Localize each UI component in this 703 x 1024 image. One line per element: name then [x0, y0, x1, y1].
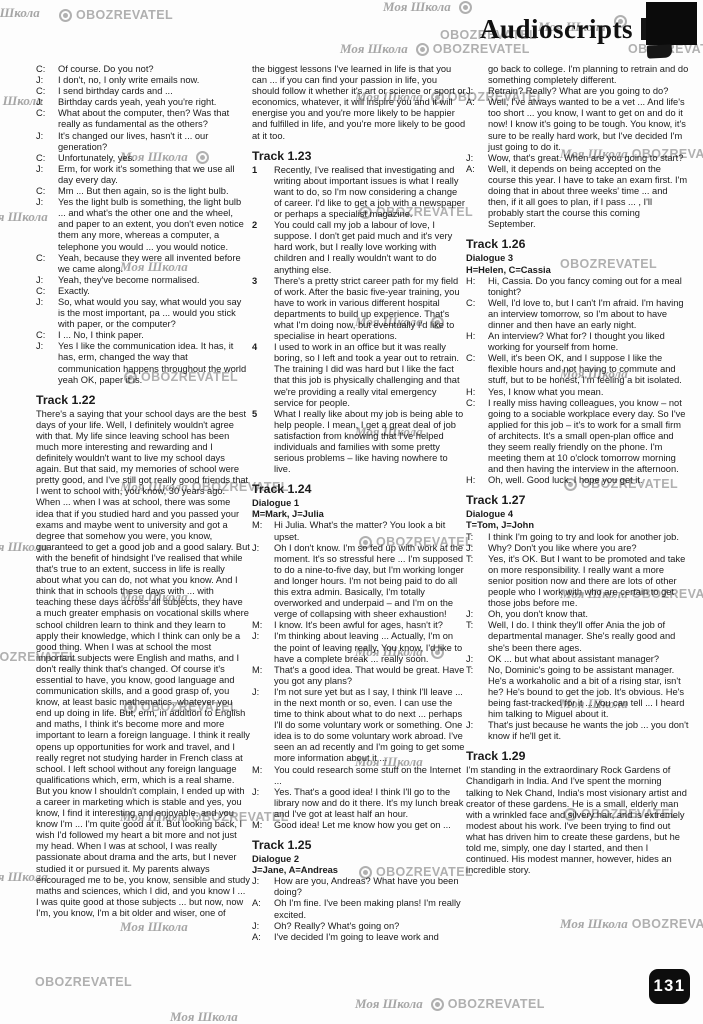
- page-content: Audioscripts C:Of course. Do you not?J:I…: [0, 0, 703, 1024]
- dialogue-line: H:Hi, Cassia. Do you fancy coming out fo…: [466, 276, 690, 298]
- dialogue-text: Oh, well. Good luck. I hope you get it.: [488, 475, 690, 486]
- speaker-label: J:: [252, 631, 274, 664]
- speaker-label: C:: [466, 298, 488, 331]
- dialogue-text: Of course. Do you not?: [58, 64, 250, 75]
- dialogue-text: I don't, no, I only write emails now.: [58, 75, 250, 86]
- dialogue-line: T:I think I'm going to try and look for …: [466, 532, 690, 543]
- dialogue-text: Hi Julia. What's the matter? You look a …: [274, 520, 466, 542]
- dialogue-line: J:I don't, no, I only write emails now.: [36, 75, 250, 86]
- dialogue-text: Retrain? Really? What are you going to d…: [488, 86, 690, 97]
- dialogue-line: T:No, Dominic's going to be assistant ma…: [466, 665, 690, 720]
- speaker-label: C:: [36, 153, 58, 164]
- dialogue-text: Yes the light bulb is something, the lig…: [58, 197, 250, 252]
- dialogue-line: A:Well, it depends on being accepted on …: [466, 164, 690, 231]
- item-text: You could call my job a labour of love, …: [274, 220, 466, 275]
- dialogue-text: Well, I do. I think they'll offer Ania t…: [488, 620, 690, 653]
- scanned-page: Моя ШколаOBOZREVATELМоя ШколаOBOZREVATEL…: [0, 0, 703, 1024]
- sub-heading: J=Jane, A=Andreas: [252, 865, 466, 876]
- sub-heading: Dialogue 3: [466, 253, 690, 264]
- dialogue-line: C:I ... No, I think paper.: [36, 330, 250, 341]
- speaker-label: M:: [252, 620, 274, 631]
- track-heading: Track 1.25: [252, 838, 466, 852]
- speaker-label: J:: [252, 543, 274, 621]
- speaker-label: C:: [36, 108, 58, 130]
- sub-heading: Dialogue 4: [466, 509, 690, 520]
- column-1: C:Of course. Do you not?J:I don't, no, I…: [36, 64, 250, 919]
- column-2: the biggest lessons I've learned in life…: [252, 64, 466, 943]
- dialogue-text: You could research some stuff on the Int…: [274, 765, 466, 787]
- list-item: 3There's a pretty strict career path for…: [252, 276, 466, 343]
- dialogue-line: C:Exactly.: [36, 286, 250, 297]
- dialogue-line: J:I'm not sure yet but as I say, I think…: [252, 687, 466, 765]
- speaker-label: M:: [252, 820, 274, 831]
- dialogue-text: I ... No, I think paper.: [58, 330, 250, 341]
- dialogue-line: J:That's just because he wants the job .…: [466, 720, 690, 742]
- dialogue-text: OK ... but what about assistant manager?: [488, 654, 690, 665]
- speaker-label: J:: [466, 543, 488, 554]
- speaker-label: C:: [36, 330, 58, 341]
- dialogue-line: M:I know. It's been awful for ages, hasn…: [252, 620, 466, 631]
- dialogue-text: So, what would you say, what would you s…: [58, 297, 250, 330]
- item-number: 3: [252, 276, 274, 343]
- speaker-label: H:: [466, 276, 488, 298]
- dialogue-line: H:Oh, well. Good luck. I hope you get it…: [466, 475, 690, 486]
- dialogue-text: I think I'm going to try and look for an…: [488, 532, 690, 543]
- list-item: 5What I really like about my job is bein…: [252, 409, 466, 476]
- speaker-label: J:: [36, 275, 58, 286]
- dialogue-text: Yes. That's a good idea! I think I'll go…: [274, 787, 466, 820]
- speaker-label: C:: [36, 286, 58, 297]
- speaker-label: C:: [36, 186, 58, 197]
- dialogue-line: J:Yeah, they've become normalised.: [36, 275, 250, 286]
- item-text: I used to work in an office but it was r…: [274, 342, 466, 409]
- speaker-label: J:: [36, 131, 58, 153]
- dialogue-line: M:Good idea! Let me know how you get on …: [252, 820, 466, 831]
- dialogue-text: Oh I'm fine. I've been making plans! I'm…: [274, 898, 466, 920]
- dialogue-text: What about the computer, then? Was that …: [58, 108, 250, 130]
- dialogue-text: Unfortunately, yes.: [58, 153, 250, 164]
- dialogue-text: That's just because he wants the job ...…: [488, 720, 690, 742]
- dialogue-text: Oh, you don't know that.: [488, 609, 690, 620]
- dialogue-text: I send birthday cards and ...: [58, 86, 250, 97]
- dialogue-text: Yeah, they've become normalised.: [58, 275, 250, 286]
- dialogue-text: How are you, Andreas? What have you been…: [274, 876, 466, 898]
- track-heading: Track 1.24: [252, 482, 466, 496]
- speaker-label: J:: [36, 341, 58, 385]
- speaker-label: J:: [36, 197, 58, 252]
- dialogue-line: C:What about the computer, then? Was tha…: [36, 108, 250, 130]
- corner-ink-mark: [646, 2, 697, 45]
- speaker-label: C:: [36, 86, 58, 97]
- dialogue-line: A:Oh I'm fine. I've been making plans! I…: [252, 898, 466, 920]
- speaker-label: C:: [466, 353, 488, 386]
- dialogue-line: J:OK ... but what about assistant manage…: [466, 654, 690, 665]
- track-heading: Track 1.26: [466, 237, 690, 251]
- dialogue-text: Yeah, because they were all invented bef…: [58, 253, 250, 275]
- dialogue-text: Well, I'd love to, but I can't I'm afrai…: [488, 298, 690, 331]
- dialogue-line: M:You could research some stuff on the I…: [252, 765, 466, 787]
- dialogue-line: H:Yes, I know what you mean.: [466, 387, 690, 398]
- dialogue-text: Well, it depends on being accepted on th…: [488, 164, 690, 231]
- dialogue-line: J:Oh? Really? What's going on?: [252, 921, 466, 932]
- dialogue-line: J:How are you, Andreas? What have you be…: [252, 876, 466, 898]
- dialogue-line: C:I send birthday cards and ...: [36, 86, 250, 97]
- track-heading: Track 1.22: [36, 393, 250, 407]
- speaker-label: M:: [252, 520, 274, 542]
- dialogue-text: Erm, for work it's something that we use…: [58, 164, 250, 186]
- item-number: 2: [252, 220, 274, 275]
- dialogue-line: J:Oh, you don't know that.: [466, 609, 690, 620]
- dialogue-line: A:Well, I've always wanted to be a vet .…: [466, 97, 690, 152]
- dialogue-text: That's a good idea. That would be great.…: [274, 665, 466, 687]
- item-number: 5: [252, 409, 274, 476]
- speaker-label: H:: [466, 331, 488, 353]
- item-text: There's a pretty strict career path for …: [274, 276, 466, 343]
- sub-heading: H=Helen, C=Cassia: [466, 265, 690, 276]
- dialogue-line: J:Birthday cards yeah, yeah you're right…: [36, 97, 250, 108]
- dialogue-line: M:That's a good idea. That would be grea…: [252, 665, 466, 687]
- speaker-label: T:: [466, 554, 488, 609]
- dialogue-line: M:Hi Julia. What's the matter? You look …: [252, 520, 466, 542]
- dialogue-text: Wow, that's great. When are you going to…: [488, 153, 690, 164]
- sub-heading: T=Tom, J=John: [466, 520, 690, 531]
- list-item: 1Recently, I've realised that investigat…: [252, 165, 466, 220]
- dialogue-text: I've decided I'm going to leave work and: [274, 932, 466, 943]
- item-number: 4: [252, 342, 274, 409]
- speaker-label: C:: [36, 64, 58, 75]
- speaker-label: J:: [466, 153, 488, 164]
- dialogue-line: H:An interview? What for? I thought you …: [466, 331, 690, 353]
- dialogue-text: No, Dominic's going to be assistant mana…: [488, 665, 690, 720]
- dialogue-text: I'm thinking about leaving ... Actually,…: [274, 631, 466, 664]
- track-heading: Track 1.27: [466, 493, 690, 507]
- speaker-label: C:: [36, 253, 58, 275]
- list-item: 2You could call my job a labour of love,…: [252, 220, 466, 275]
- dialogue-line: J:So, what would you say, what would you…: [36, 297, 250, 330]
- dialogue-text: Yes, it's OK. But I want to be promoted …: [488, 554, 690, 609]
- dialogue-text: Good idea! Let me know how you get on ..…: [274, 820, 466, 831]
- speaker-label: J:: [36, 75, 58, 86]
- item-number: 1: [252, 165, 274, 220]
- dialogue-text: go back to college. I'm planning to retr…: [488, 64, 690, 86]
- speaker-label: C:: [466, 398, 488, 476]
- dialogue-line: C:I really miss having colleagues, you k…: [466, 398, 690, 476]
- speaker-label: A:: [466, 97, 488, 152]
- speaker-label: J:: [36, 164, 58, 186]
- speaker-label: J:: [252, 787, 274, 820]
- speaker-label: A:: [252, 898, 274, 920]
- speaker-label: J:: [252, 921, 274, 932]
- dialogue-line: J:Yes the light bulb is something, the l…: [36, 197, 250, 252]
- sub-heading: Dialogue 1: [252, 498, 466, 509]
- dialogue-line: J:It's changed our lives, hasn't it ... …: [36, 131, 250, 153]
- dialogue-line: J:I'm thinking about leaving ... Actuall…: [252, 631, 466, 664]
- dialogue-line: go back to college. I'm planning to retr…: [466, 64, 690, 86]
- speaker-label: A:: [466, 164, 488, 231]
- dialogue-line: C:Yeah, because they were all invented b…: [36, 253, 250, 275]
- dialogue-line: J:Oh I don't know. I'm so fed up with wo…: [252, 543, 466, 621]
- dialogue-line: C:Unfortunately, yes.: [36, 153, 250, 164]
- dialogue-line: J:Yes. That's a good idea! I think I'll …: [252, 787, 466, 820]
- speaker-label: M:: [252, 765, 274, 787]
- dialogue-text: Exactly.: [58, 286, 250, 297]
- item-text: Recently, I've realised that investigati…: [274, 165, 466, 220]
- dialogue-line: J:Retrain? Really? What are you going to…: [466, 86, 690, 97]
- dialogue-text: An interview? What for? I thought you li…: [488, 331, 690, 353]
- dialogue-line: C:Well, it's been OK, and I suppose I li…: [466, 353, 690, 386]
- speaker-label: T:: [466, 665, 488, 720]
- dialogue-line: J:Yes I like the communication idea. It …: [36, 341, 250, 385]
- dialogue-text: Why? Don't you like where you are?: [488, 543, 690, 554]
- speaker-label: J:: [36, 97, 58, 108]
- track-heading: Track 1.29: [466, 749, 690, 763]
- page-title: Audioscripts: [480, 14, 633, 45]
- paragraph: the biggest lessons I've learned in life…: [252, 64, 466, 142]
- dialogue-text: Yes, I know what you mean.: [488, 387, 690, 398]
- dialogue-line: C:Well, I'd love to, but I can't I'm afr…: [466, 298, 690, 331]
- dialogue-text: I know. It's been awful for ages, hasn't…: [274, 620, 466, 631]
- column-3: go back to college. I'm planning to retr…: [466, 64, 690, 876]
- dialogue-text: Yes I like the communication idea. It ha…: [58, 341, 250, 385]
- sub-heading: M=Mark, J=Julia: [252, 509, 466, 520]
- sub-heading: Dialogue 2: [252, 854, 466, 865]
- speaker-label: H:: [466, 387, 488, 398]
- speaker-label: H:: [466, 475, 488, 486]
- speaker-label: J:: [466, 609, 488, 620]
- dialogue-line: A:I've decided I'm going to leave work a…: [252, 932, 466, 943]
- dialogue-line: J:Wow, that's great. When are you going …: [466, 153, 690, 164]
- dialogue-line: J:Why? Don't you like where you are?: [466, 543, 690, 554]
- dialogue-text: Well, I've always wanted to be a vet ...…: [488, 97, 690, 152]
- speaker-label: M:: [252, 665, 274, 687]
- dialogue-line: T:Yes, it's OK. But I want to be promote…: [466, 554, 690, 609]
- speaker-label: T:: [466, 620, 488, 653]
- dialogue-text: Well, it's been OK, and I suppose I like…: [488, 353, 690, 386]
- paragraph: I'm standing in the extraordinary Rock G…: [466, 765, 690, 876]
- dialogue-line: J:Erm, for work it's something that we u…: [36, 164, 250, 186]
- speaker-label: J:: [252, 876, 274, 898]
- list-item: 4I used to work in an office but it was …: [252, 342, 466, 409]
- speaker-label: [466, 64, 488, 86]
- dialogue-text: Birthday cards yeah, yeah you're right.: [58, 97, 250, 108]
- page-number-badge: 131: [649, 969, 690, 1004]
- dialogue-line: C:Of course. Do you not?: [36, 64, 250, 75]
- dialogue-text: It's changed our lives, hasn't it ... ou…: [58, 131, 250, 153]
- dialogue-line: T:Well, I do. I think they'll offer Ania…: [466, 620, 690, 653]
- speaker-label: J:: [466, 654, 488, 665]
- speaker-label: J:: [466, 720, 488, 742]
- track-heading: Track 1.23: [252, 149, 466, 163]
- dialogue-text: Mm ... But then again, so is the light b…: [58, 186, 250, 197]
- item-text: What I really like about my job is being…: [274, 409, 466, 476]
- speaker-label: T:: [466, 532, 488, 543]
- speaker-label: J:: [252, 687, 274, 765]
- speaker-label: J:: [466, 86, 488, 97]
- dialogue-line: C:Mm ... But then again, so is the light…: [36, 186, 250, 197]
- dialogue-text: I really miss having colleagues, you kno…: [488, 398, 690, 476]
- dialogue-text: Hi, Cassia. Do you fancy coming out for …: [488, 276, 690, 298]
- dialogue-text: I'm not sure yet but as I say, I think I…: [274, 687, 466, 765]
- dialogue-text: Oh? Really? What's going on?: [274, 921, 466, 932]
- speaker-label: A:: [252, 932, 274, 943]
- dialogue-text: Oh I don't know. I'm so fed up with work…: [274, 543, 466, 621]
- speaker-label: J:: [36, 297, 58, 330]
- paragraph: There's a saying that your school days a…: [36, 409, 250, 919]
